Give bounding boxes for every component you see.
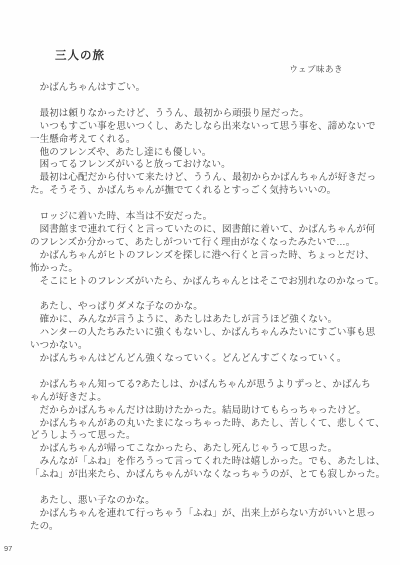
text-line: ゃんが好きだよ。 <box>30 392 374 405</box>
text-line: 困ってるフレンズがいると放っておけない。 <box>30 159 374 172</box>
text-line: いつかない。 <box>30 340 374 353</box>
page-number: 97 <box>4 544 12 553</box>
text-line: かばんちゃん知ってる?あたしは、かばんちゃんが思うよりずっと、かばんち <box>30 379 374 392</box>
text-line: かばんちゃんはすごい。 <box>30 82 374 95</box>
text-line: どうしようって思った。 <box>30 430 374 443</box>
text-line: ハンターの人たちみたいに強くもないし、かばんちゃんみたいにすごい事も思 <box>30 327 374 340</box>
paragraph: ロッジに着いた時、本当は不安だった。 図書館まで連れて行くと言っていたのに、図書… <box>30 211 374 288</box>
text-line: た。そうそう、かばんちゃんが撫でてくれるとすっごく気持ちいいの。 <box>30 185 374 198</box>
text-line: かばんちゃんがヒトのフレンズを探しに港へ行くと言った時、ちょっとだけ、 <box>30 250 374 263</box>
text-line: かばんちゃんを連れて行っちゃう「ふね」が、出来上がらない方がいいと思っ <box>30 508 374 521</box>
body-text: かばんちゃんはすごい。 最初は頼りなかったけど、ううん、最初から頑張り屋だった。… <box>30 82 374 534</box>
text-line: 「ふね」が出来たら、かばんちゃんがいなくなっちゃうのが、とても寂しかった。 <box>30 469 374 482</box>
text-line: たの。 <box>30 521 374 534</box>
text-line: 図書館まで連れて行くと言っていたのに、図書館に着いて、かばんちゃんが何 <box>30 224 374 237</box>
text-line: 一生懸命考えてくれる。 <box>30 134 374 147</box>
text-line: みんなが「ふね」を作ろうって言ってくれた時は嬉しかった。でも、あたしは、 <box>30 456 374 469</box>
paragraph: かばんちゃん知ってる?あたしは、かばんちゃんが思うよりずっと、かばんちゃんが好き… <box>30 379 374 482</box>
page-title: 三人の旅 <box>55 47 105 63</box>
paragraph: あたし、悪い子なのかな。 かばんちゃんを連れて行っちゃう「ふね」が、出来上がらな… <box>30 495 374 534</box>
paragraph: かばんちゃんはすごい。 <box>30 82 374 95</box>
paragraph: あたし、やっぱりダメな子なのかな。 確かに、みんなが言うように、あたしはあたしが… <box>30 301 374 366</box>
text-line: あたし、やっぱりダメな子なのかな。 <box>30 301 374 314</box>
text-line: 怖かった。 <box>30 263 374 276</box>
paragraph: 最初は頼りなかったけど、ううん、最初から頑張り屋だった。 いつもすごい事を思いつ… <box>30 108 374 198</box>
text-line: いつもすごい事を思いつくし、あたしなら出来ないって思う事を、諦めないで <box>30 121 374 134</box>
text-line: かばんちゃんはどんどん強くなっていく。どんどんすごくなっていく。 <box>30 353 374 366</box>
document-page: 三人の旅 ウェブ味あき かばんちゃんはすごい。 最初は頼りなかったけど、ううん、… <box>0 0 400 565</box>
author-name: ウェブ味あき <box>0 63 343 75</box>
text-line: あたし、悪い子なのかな。 <box>30 495 374 508</box>
text-line: 最初は心配だから付いて来たけど、ううん、最初からかばんちゃんが好きだっ <box>30 172 374 185</box>
text-line: かばんちゃんがあの丸いたまになっちゃった時、あたし、苦しくて、悲しくて、 <box>30 418 374 431</box>
text-line: ロッジに着いた時、本当は不安だった。 <box>30 211 374 224</box>
text-line: 他のフレンズや、あたし達にも優しい。 <box>30 147 374 160</box>
text-line: 最初は頼りなかったけど、ううん、最初から頑張り屋だった。 <box>30 108 374 121</box>
text-line: 確かに、みんなが言うように、あたしはあたしが言うほど強くない。 <box>30 314 374 327</box>
text-line: だからかばんちゃんだけは助けたかった。結局助けてもらっちゃったけど。 <box>30 405 374 418</box>
text-line: そこにヒトのフレンズがいたら、かばんちゃんとはそこでお別れなのかなって。 <box>30 276 374 289</box>
text-line: のフレンズか分かって、あたしがついて行く理由がなくなったみたいで…。 <box>30 237 374 250</box>
text-line: かばんちゃんが帰ってこなかったら、あたし死んじゃうって思った。 <box>30 443 374 456</box>
